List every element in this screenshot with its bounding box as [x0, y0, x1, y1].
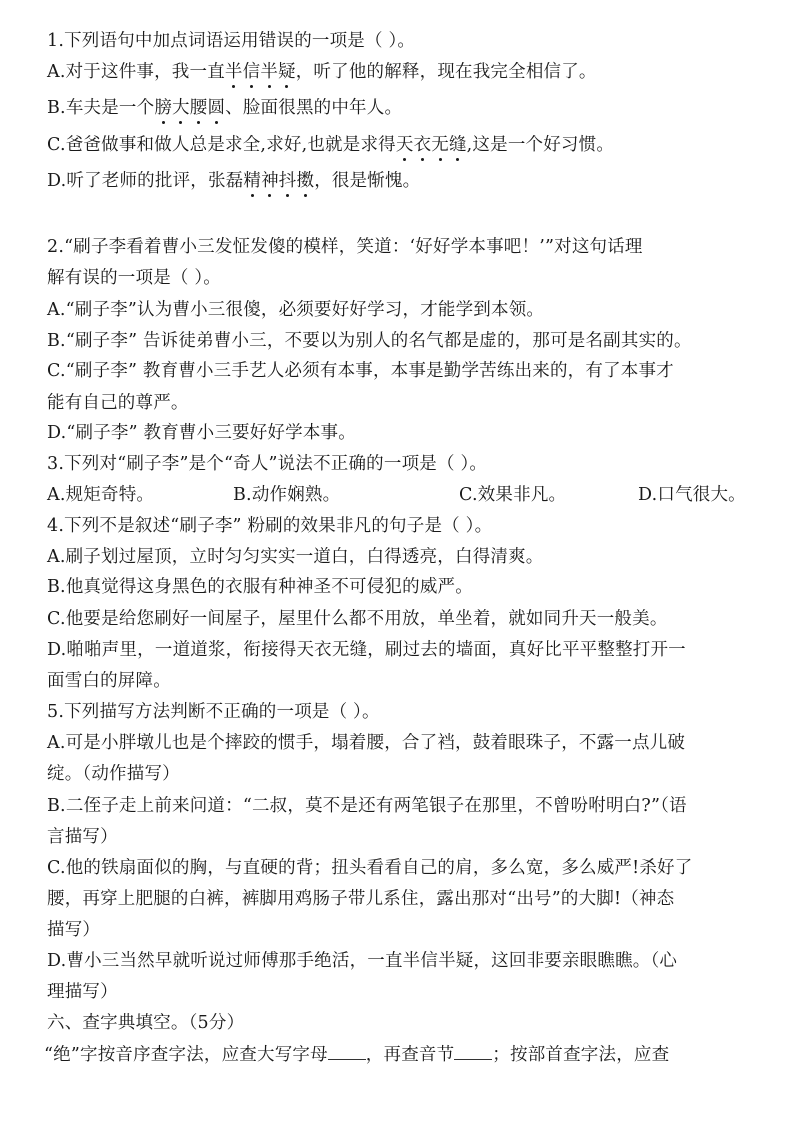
q2-option-d: D.“刷子李” 教育曹小三要好好学本事。 [47, 422, 747, 444]
q1-c-text-end: ,这是一个好习惯。 [467, 135, 614, 155]
emphasis-char: 半 [260, 61, 278, 83]
q4-option-b: B.他真觉得这身黑色的衣服有种神圣不可侵犯的威严。 [47, 576, 747, 598]
emphasis-char: 半 [225, 61, 243, 83]
q5-option-d-line2: 理描写） [47, 981, 747, 1003]
q3-option-c: C.效果非凡。 [459, 484, 566, 506]
emphasis-char: 缝 [449, 134, 467, 156]
q4-option-d-line2: 面雪白的屏障。 [47, 670, 747, 692]
emphasis-char: 精 [243, 170, 261, 192]
emphasis-char: 腰 [190, 97, 208, 119]
q4-option-d-line1: D.啪啪声里，一道道浆，衔接得天衣无缝，刷过去的墙面，真好比平平整整打开一 [47, 639, 747, 661]
q2-stem-line1: 2.“刷子李看着曹小三发怔发傻的模样，笑道：‘好好学本事吧！’”对这句话理 [47, 236, 747, 258]
q2-option-a: A.“刷子李”认为曹小三很傻，必须要好好学习，才能学到本领。 [47, 299, 747, 321]
emphasis-char: 擞 [296, 170, 314, 192]
emphasis-char: 圆 [207, 97, 225, 119]
q1-option-d: D.听了老师的批评，张磊精神抖擞，很是惭愧。 [47, 170, 747, 192]
answer-blank-letter[interactable] [328, 1043, 366, 1060]
q2-option-c-line2: 能有自己的尊严。 [47, 392, 747, 414]
worksheet-page: 1.下列语句中加点词语运用错误的一项是（ ）。 A.对于这件事，我一直半信半疑，… [0, 0, 793, 1122]
q1-c-text: C.爸爸做事和做人总是求全,求好,也就是求得 [47, 135, 396, 155]
q1-option-a: A.对于这件事，我一直半信半疑，听了他的解释，现在我完全相信了。 [47, 61, 747, 83]
q1-d-text-end: ，很是惭愧。 [314, 171, 420, 191]
section6-title: 六、查字典填空。（5分） [47, 1012, 747, 1034]
emphasis-char: 无 [431, 134, 449, 156]
q3-options: A.规矩奇特。 B.动作娴熟。 C.效果非凡。 D.口气很大。 [47, 484, 747, 506]
answer-blank-syllable[interactable] [454, 1043, 492, 1060]
q1-option-b: B.车夫是一个膀大腰圆、脸面很黑的中年人。 [47, 97, 747, 119]
q1-b-text-end: 、脸面很黑的中年人。 [225, 98, 402, 118]
q1-a-text: A.对于这件事，我一直 [47, 62, 225, 82]
q3-option-b: B.动作娴熟。 [233, 484, 340, 506]
q5-stem: 5.下列描写方法判断不正确的一项是（ ）。 [47, 701, 747, 723]
q4-stem: 4.下列不是叙述“刷子李” 粉刷的效果非凡的句子是（ ）。 [47, 515, 747, 537]
q5-option-a-line1: A.可是小胖墩儿也是个摔跤的惯手，塌着腰，合了裆，鼓着眼珠子，不露一点儿破 [47, 732, 747, 754]
q3-option-a: A.规矩奇特。 [47, 484, 154, 506]
emphasis-char: 天 [396, 134, 414, 156]
section6-text-3: ；按部首查字法，应查 [492, 1045, 669, 1065]
emphasis-char: 衣 [414, 134, 432, 156]
emphasis-char: 大 [172, 97, 190, 119]
q4-option-c: C.他要是给您刷好一间屋子，屋里什么都不用放，单坐着，就如同升天一般美。 [47, 608, 747, 630]
q3-option-d: D.口气很大。 [638, 484, 746, 506]
q1-stem: 1.下列语句中加点词语运用错误的一项是（ ）。 [47, 30, 747, 52]
q1-d-text: D.听了老师的批评，张磊 [47, 171, 243, 191]
emphasis-char: 信 [243, 61, 261, 83]
q5-option-c-line1: C.他的铁扇面似的胸，与直硬的背；扭头看看自己的肩，多么宽，多么威严!杀好了 [47, 857, 747, 879]
q5-option-b-line2: 言描写） [47, 826, 747, 848]
emphasis-char: 疑 [278, 61, 296, 83]
emphasis-char: 神 [261, 170, 279, 192]
q5-option-c-line2: 腰，再穿上肥腿的白裤，裤脚用鸡肠子带儿系住，露出那对“出号”的大脚!（神态 [47, 888, 747, 910]
q5-option-c-line3: 描写） [47, 919, 747, 941]
section6-question: “绝”字按音序查字法，应查大写字母，再查音节；按部首查字法，应查 [44, 1043, 744, 1066]
q5-option-a-line2: 绽。（动作描写） [47, 763, 747, 785]
q2-option-c-line1: C.“刷子李” 教育曹小三手艺人必须有本事，本事是勤学苦练出来的，有了本事才 [47, 360, 747, 382]
q1-option-c: C.爸爸做事和做人总是求全,求好,也就是求得天衣无缝,这是一个好习惯。 [47, 134, 747, 156]
section6-text-2: ，再查音节 [366, 1045, 455, 1065]
q4-option-a: A.刷子划过屋顶，立时匀匀实实一道白，白得透亮，白得清爽。 [47, 546, 747, 568]
emphasis-char: 抖 [279, 170, 297, 192]
q5-option-b-line1: B.二侄子走上前来问道：“二叔，莫不是还有两笔银子在那里，不曾吩咐明白?”（语 [47, 795, 747, 817]
q2-stem-line2: 解有误的一项是（ ）。 [47, 267, 747, 289]
q5-option-d-line1: D.曹小三当然早就听说过师傅那手绝活，一直半信半疑，这回非要亲眼瞧瞧。（心 [47, 950, 747, 972]
emphasis-char: 膀 [154, 97, 172, 119]
q2-option-b: B.“刷子李” 告诉徒弟曹小三，不要以为别人的名气都是虚的，那可是名副其实的。 [47, 330, 747, 352]
q3-stem: 3.下列对“刷子李”是个“奇人”说法不正确的一项是（ ）。 [47, 453, 747, 475]
section6-text-1: “绝”字按音序查字法，应查大写字母 [44, 1045, 328, 1065]
q1-a-text-end: ，听了他的解释，现在我完全相信了。 [296, 62, 597, 82]
q1-b-text: B.车夫是一个 [47, 98, 154, 118]
